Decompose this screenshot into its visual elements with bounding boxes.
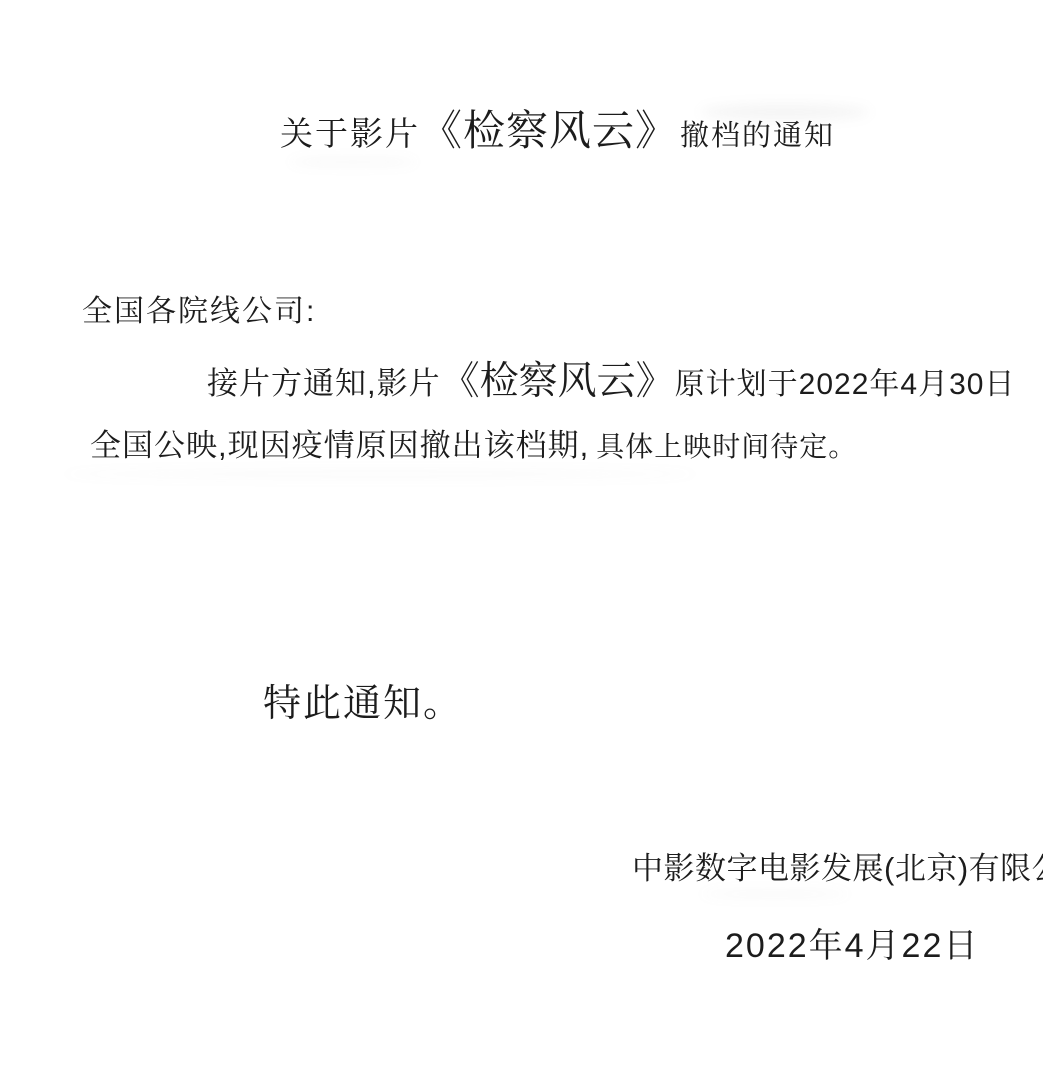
salutation-text: 全国各院线公司: [82, 286, 316, 330]
body-line-2: 全国公映,现因疫情原因撤出该档期, 具体上映时间待定。 [90, 420, 857, 465]
salutation: 全国各院线公司: [82, 286, 316, 330]
title-prefix: 关于影片 [280, 108, 420, 155]
closing-statement: 特此通知。 [263, 672, 463, 727]
body-line1-part2: 原计划于2022年4月30日 [675, 359, 1016, 403]
title-movie-name: 《检察风云》 [420, 98, 678, 158]
scan-smudge [700, 890, 850, 898]
scan-smudge [288, 158, 418, 166]
scan-smudge [60, 470, 700, 478]
signature-date: 2022年4月22日 [725, 918, 979, 967]
body-line1-movie-name: 《检察风云》 [441, 350, 675, 406]
closing-text: 特此通知。 [263, 672, 463, 727]
body-line2-part1: 全国公映,现因疫情原因撤出该档期, [90, 420, 589, 465]
signature-text: 中影数字电影发展(北京)有限公司 [632, 843, 1043, 888]
body-line-1: 接片方通知,影片 《检察风云》 原计划于2022年4月30日 [207, 350, 1015, 406]
date-text: 2022年4月22日 [725, 918, 979, 967]
body-line1-part1: 接片方通知,影片 [207, 358, 441, 403]
body-line2-part2: 具体上映时间待定。 [596, 425, 857, 465]
signature-company: 中影数字电影发展(北京)有限公司 [632, 843, 1043, 888]
scan-smudge [700, 104, 870, 120]
notice-document: 关于影片 《检察风云》 撤档的通知 全国各院线公司: 接片方通知,影片 《检察风… [0, 0, 1043, 1082]
